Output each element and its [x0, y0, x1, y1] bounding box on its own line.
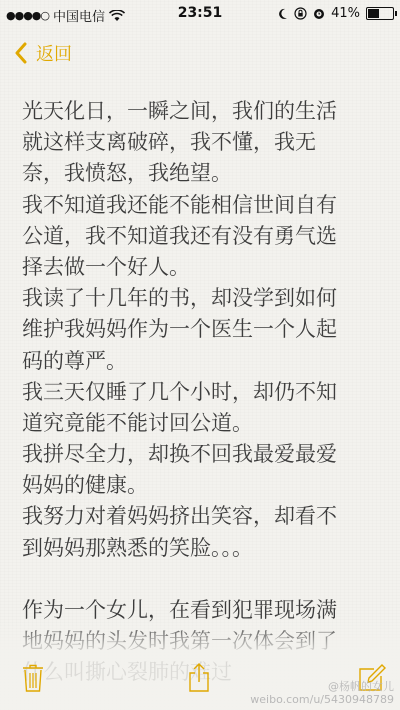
share-button[interactable] — [188, 662, 210, 696]
share-icon — [188, 662, 210, 692]
note-line: 我三天仅睡了几个小时，却仍不知 — [22, 377, 382, 408]
chevron-left-icon — [14, 42, 28, 64]
alarm-icon — [313, 7, 325, 20]
moon-icon — [277, 8, 288, 20]
watermark-url: weibo.com/u/5430948789 — [250, 693, 394, 706]
note-blank-line — [22, 564, 382, 595]
back-label: 返回 — [36, 40, 72, 66]
note-line: 我不知道我还能不能相信世间自有 — [22, 190, 382, 221]
note-line: 公道，我不知道我还有没有勇气选 — [22, 221, 382, 252]
note-line: 到妈妈那熟悉的笑脸。。。 — [22, 533, 382, 564]
note-body[interactable]: 光天化日，一瞬之间，我们的生活 就这样支离破碎，我不懂，我无 奈，我愤怒，我绝望… — [22, 96, 382, 689]
battery-percent: 41% — [331, 6, 360, 21]
note-line: 妈妈的健康。 — [22, 470, 382, 501]
note-line: 就这样支离破碎，我不懂，我无 — [22, 127, 382, 158]
note-line: 奈，我愤怒，我绝望。 — [22, 158, 382, 189]
note-line: 光天化日，一瞬之间，我们的生活 — [22, 96, 382, 127]
weibo-watermark: @杨帆的女儿 weibo.com/u/5430948789 — [250, 680, 394, 706]
rotation-lock-icon — [294, 7, 307, 20]
note-line: 择去做一个好人。 — [22, 252, 382, 283]
note-line: 我努力对着妈妈挤出笑容，却看不 — [22, 501, 382, 532]
note-line: 码的尊严。 — [22, 346, 382, 377]
delete-button[interactable] — [22, 664, 44, 696]
status-bar: ●●●●○ 中国电信 23:51 41% — [0, 0, 400, 28]
battery-icon — [366, 7, 394, 20]
watermark-handle: @杨帆的女儿 — [250, 680, 394, 693]
note-line: 道究竟能不能讨回公道。 — [22, 408, 382, 439]
note-line: 维护我妈妈作为一个医生一个人起 — [22, 314, 382, 345]
note-line: 我拼尽全力，却换不回我最爱最爱 — [22, 439, 382, 470]
trash-icon — [22, 664, 44, 692]
back-button[interactable]: 返回 — [14, 40, 72, 66]
note-line: 我读了十几年的书，却没学到如何 — [22, 283, 382, 314]
